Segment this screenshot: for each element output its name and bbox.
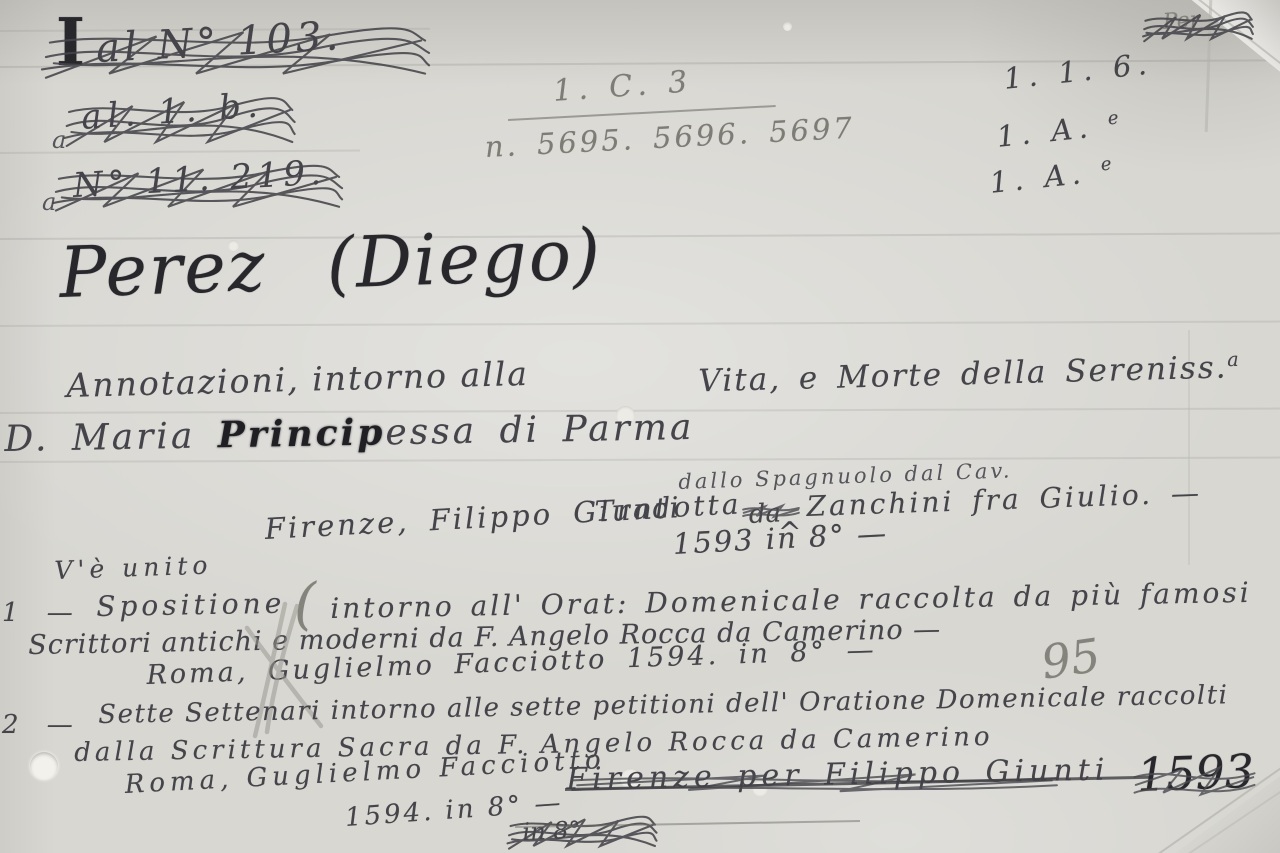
manuscript-catalog-card: I al N° 103. al. 1. b. a N° 11. 219. a 1… [0,0,1280,853]
shelfmark-right-3: 1. A. e [988,153,1120,200]
imprint-year: 1593 in 8° — [672,516,889,561]
cancellation-scribble [506,814,658,853]
cancellation-scribble [1142,10,1254,46]
shelfmark-main: 1. 1. 6. [1002,46,1154,95]
shelfmark-main: 1. A. [988,156,1088,200]
pressmark-pencil: 1. C. 3 [552,64,694,109]
title-line-left: Annotazioni, intorno alla [66,354,529,405]
title-right-superscript: a [1227,348,1241,371]
shelfmark-right-2: 1. A. e [995,107,1127,154]
dedicatee-line: D. Maria Principessa di Parma [4,406,695,460]
ruled-line [0,321,1280,327]
item-1-number: 1 — [2,598,83,628]
dedicatee-overwritten: Princip [217,411,385,456]
imprint-line: Firenze, Filippo Giunti [264,490,683,546]
cancellation-scribble [1132,754,1257,812]
union-note: V'è unito [54,550,213,584]
paper-flaw [783,22,792,31]
dedicatee-pre: D. Maria [4,415,218,460]
cancellation-scribble [38,24,433,86]
ruled-line [0,457,1280,463]
punch-hole [30,752,58,780]
shelfmark-main: 1. A. [995,110,1095,154]
cancellation-scribble [50,162,345,218]
title-right-text: Vita, e Morte della Sereniss. [698,349,1228,399]
title-line-right: Vita, e Morte della Sereniss.a [698,348,1241,400]
shelfmark-sup: e [1107,107,1126,130]
item-2-number: 2 — [2,710,83,740]
shelfmark-sup: e [1100,153,1119,176]
author-heading: Perez (Diego) [58,213,603,314]
cancellation-scribble [62,94,297,154]
pencil-folio-number: 95 [1038,628,1103,690]
shelfmark-right-1: 1. 1. 6. [1002,46,1154,95]
dedicatee-post: essa di Parma [385,407,695,453]
